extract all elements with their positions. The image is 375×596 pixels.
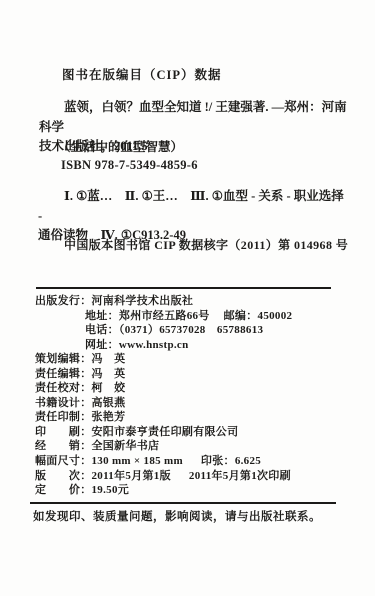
divider-bottom	[30, 502, 336, 504]
website-value: www.hnstp.cn	[119, 339, 189, 351]
postcode-label: 邮编：	[224, 310, 258, 322]
cip-heading: 图书在版编目（CIP）数据	[62, 65, 222, 83]
publisher-label: 出版发行：	[35, 295, 92, 307]
staff-value: 高银燕	[92, 397, 126, 409]
book-copyright-page: 图书在版编目（CIP）数据 蓝领，白领？血型全知道 !/ 王建强著. —郑州：河…	[0, 0, 375, 596]
staff-row: 责任校对：柯 姣	[35, 381, 355, 396]
address-value: 郑州市经五路66号	[119, 310, 210, 322]
website-row: 网址：www.hnstp.cn	[35, 338, 355, 353]
printing-value: 19.50元	[92, 484, 130, 496]
cip-entry-line1: 蓝领，白领？血型全知道 !/ 王建强著. —郑州：河南科学	[39, 98, 347, 137]
staff-label: 策划编辑：	[35, 353, 92, 365]
colophon-block: 出版发行：河南科学技术出版社 地址：郑州市经五路66号邮编：450002 电话：…	[35, 294, 355, 498]
website-label: 网址：	[85, 339, 119, 351]
printing-label: 印 刷：	[35, 426, 92, 438]
staff-row: 责任印制：张艳芳	[35, 410, 355, 425]
cip-record-number: 中国版本图书馆 CIP 数据核字（2011）第 014968 号	[64, 236, 348, 253]
printing-row: 印 刷：安阳市泰亨责任印刷有限公司	[35, 425, 355, 440]
printing-row: 经 销：全国新华书店	[35, 439, 355, 454]
classification-line1: Ⅰ. ①蓝… Ⅱ. ①王… Ⅲ. ①血型 - 关系 - 职业选择 -	[38, 187, 347, 226]
isbn: ISBN 978-7-5349-4859-6	[61, 158, 198, 173]
phone-value: （0371）65737028 65788613	[119, 324, 263, 336]
staff-row: 策划编辑：冯 英	[35, 352, 355, 367]
staff-value: 冯 英	[92, 353, 126, 365]
address-row: 地址：郑州市经五路66号邮编：450002	[35, 309, 355, 324]
staff-label: 责任编辑：	[35, 368, 92, 380]
postcode-value: 450002	[258, 310, 293, 322]
printing-label: 幅面尺寸：	[35, 455, 92, 467]
divider-top	[36, 287, 331, 289]
staff-label: 责任校对：	[35, 382, 92, 394]
quality-notice: 如发现印、装质量问题，影响阅读，请与出版社联系。	[33, 508, 321, 524]
printing-value: 130 mm × 185 mm	[92, 455, 183, 467]
staff-value: 张艳芳	[92, 411, 126, 423]
printing-value: 2011年5月第1版	[92, 470, 171, 482]
phone-label: 电话：	[85, 324, 119, 336]
staff-value: 柯 姣	[92, 382, 126, 394]
series-note: （生活中的血型智慧）	[58, 137, 183, 155]
printing-label: 定 价：	[35, 484, 92, 496]
publisher-row: 出版发行：河南科学技术出版社	[35, 294, 355, 309]
staff-label: 责任印制：	[35, 411, 92, 423]
staff-row: 书籍设计：高银燕	[35, 396, 355, 411]
staff-row: 责任编辑：冯 英	[35, 367, 355, 382]
printing-label: 版 次：	[35, 470, 92, 482]
staff-label: 书籍设计：	[35, 397, 92, 409]
printing-value2: 印张：6.625	[201, 455, 261, 467]
address-label: 地址：	[85, 310, 119, 322]
printing-label: 经 销：	[35, 440, 92, 452]
phone-row: 电话：（0371）65737028 65788613	[35, 323, 355, 338]
printing-value: 安阳市泰亨责任印刷有限公司	[92, 426, 239, 438]
publisher-value: 河南科学技术出版社	[92, 295, 194, 307]
printing-row: 幅面尺寸：130 mm × 185 mm印张：6.625	[35, 454, 355, 469]
printing-row: 定 价：19.50元	[35, 483, 355, 498]
printing-value: 全国新华书店	[92, 440, 160, 452]
printing-value2: 2011年5月第1次印刷	[189, 470, 291, 482]
staff-value: 冯 英	[92, 368, 126, 380]
printing-row: 版 次：2011年5月第1版2011年5月第1次印刷	[35, 469, 355, 484]
